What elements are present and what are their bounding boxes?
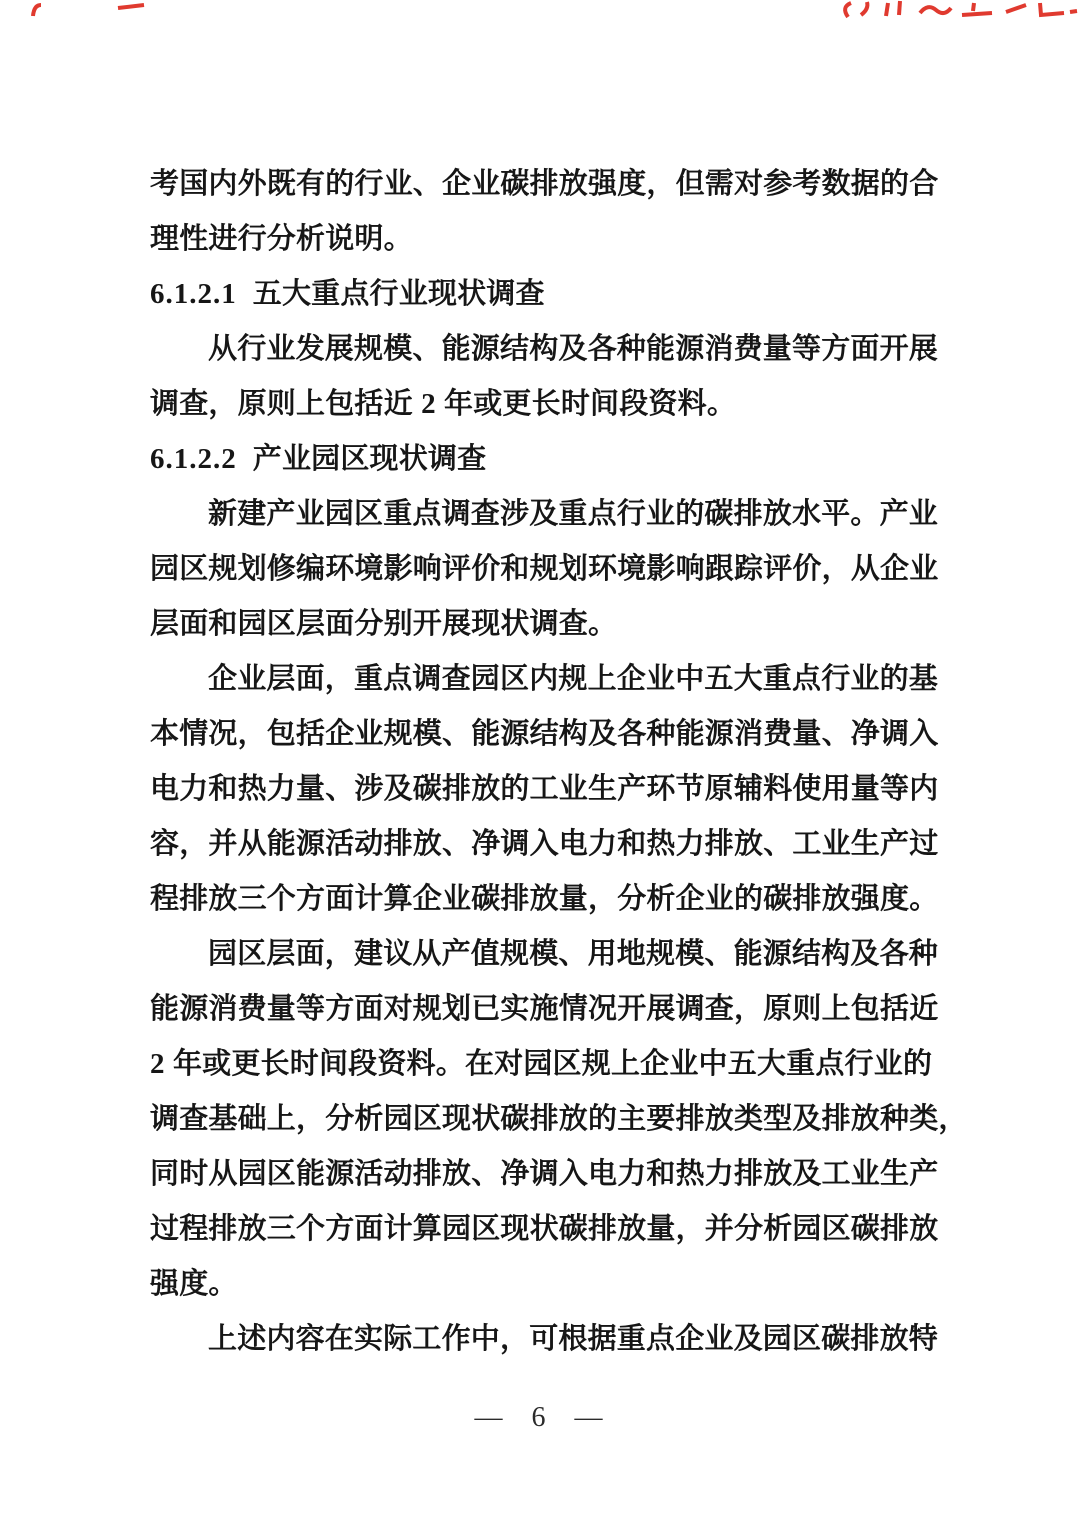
text-line: 电力和热力量、涉及碳排放的工业生产环节原辅料使用量等内 bbox=[150, 762, 940, 817]
text-line: 过程排放三个方面计算园区现状碳排放量，并分析园区碳排放 bbox=[150, 1202, 940, 1257]
section-title: 产业园区现状调查 bbox=[253, 443, 487, 475]
text-line: 调查基础上，分析园区现状碳排放的主要排放类型及排放种类， bbox=[150, 1092, 940, 1147]
section-number: 6.1.2.1 bbox=[150, 278, 237, 310]
text-line: 程排放三个方面计算企业碳排放量，分析企业的碳排放强度。 bbox=[150, 872, 940, 927]
document-page: 考国内外既有的行业、企业碳排放强度，但需对参考数据的合理性进行分析说明。6.1.… bbox=[0, 0, 1080, 1527]
serif-number: 2 bbox=[421, 388, 436, 420]
document-body: 考国内外既有的行业、企业碳排放强度，但需对参考数据的合理性进行分析说明。6.1.… bbox=[150, 157, 940, 1367]
page-footer: — 6 — bbox=[0, 1398, 1080, 1438]
section-title: 五大重点行业现状调查 bbox=[253, 278, 545, 310]
text-line: 园区规划修编环境影响评价和规划环境影响跟踪评价，从企业 bbox=[150, 542, 940, 597]
text-line: 新建产业园区重点调查涉及重点行业的碳排放水平。产业 bbox=[150, 487, 940, 542]
text-line: 调查，原则上包括近 2 年或更长时间段资料。 bbox=[150, 377, 940, 432]
section-heading: 6.1.2.1五大重点行业现状调查 bbox=[150, 267, 940, 322]
text-line: 能源消费量等方面对规划已实施情况开展调查，原则上包括近 bbox=[150, 982, 940, 1037]
text-line: 园区层面，建议从产值规模、用地规模、能源结构及各种 bbox=[150, 927, 940, 982]
text-line: 同时从园区能源活动排放、净调入电力和热力排放及工业生产 bbox=[150, 1147, 940, 1202]
text-line: 从行业发展规模、能源结构及各种能源消费量等方面开展 bbox=[150, 322, 940, 377]
text-line: 上述内容在实际工作中，可根据重点企业及园区碳排放特 bbox=[150, 1312, 940, 1367]
text-line: 容，并从能源活动排放、净调入电力和热力排放、工业生产过 bbox=[150, 817, 940, 872]
red-scan-marks-icon bbox=[0, 0, 1080, 22]
text-line: 企业层面，重点调查园区内规上企业中五大重点行业的基 bbox=[150, 652, 940, 707]
page-number: — 6 — bbox=[475, 1402, 606, 1433]
serif-number: 2 bbox=[150, 1048, 165, 1080]
section-heading: 6.1.2.2产业园区现状调查 bbox=[150, 432, 940, 487]
text-line: 层面和园区层面分别开展现状调查。 bbox=[150, 597, 940, 652]
text-line: 考国内外既有的行业、企业碳排放强度，但需对参考数据的合 bbox=[150, 157, 940, 212]
text-line: 本情况，包括企业规模、能源结构及各种能源消费量、净调入 bbox=[150, 707, 940, 762]
section-number: 6.1.2.2 bbox=[150, 443, 237, 475]
text-line: 强度。 bbox=[150, 1257, 940, 1312]
text-line: 2 年或更长时间段资料。在对园区规上企业中五大重点行业的 bbox=[150, 1037, 940, 1092]
text-line: 理性进行分析说明。 bbox=[150, 212, 940, 267]
